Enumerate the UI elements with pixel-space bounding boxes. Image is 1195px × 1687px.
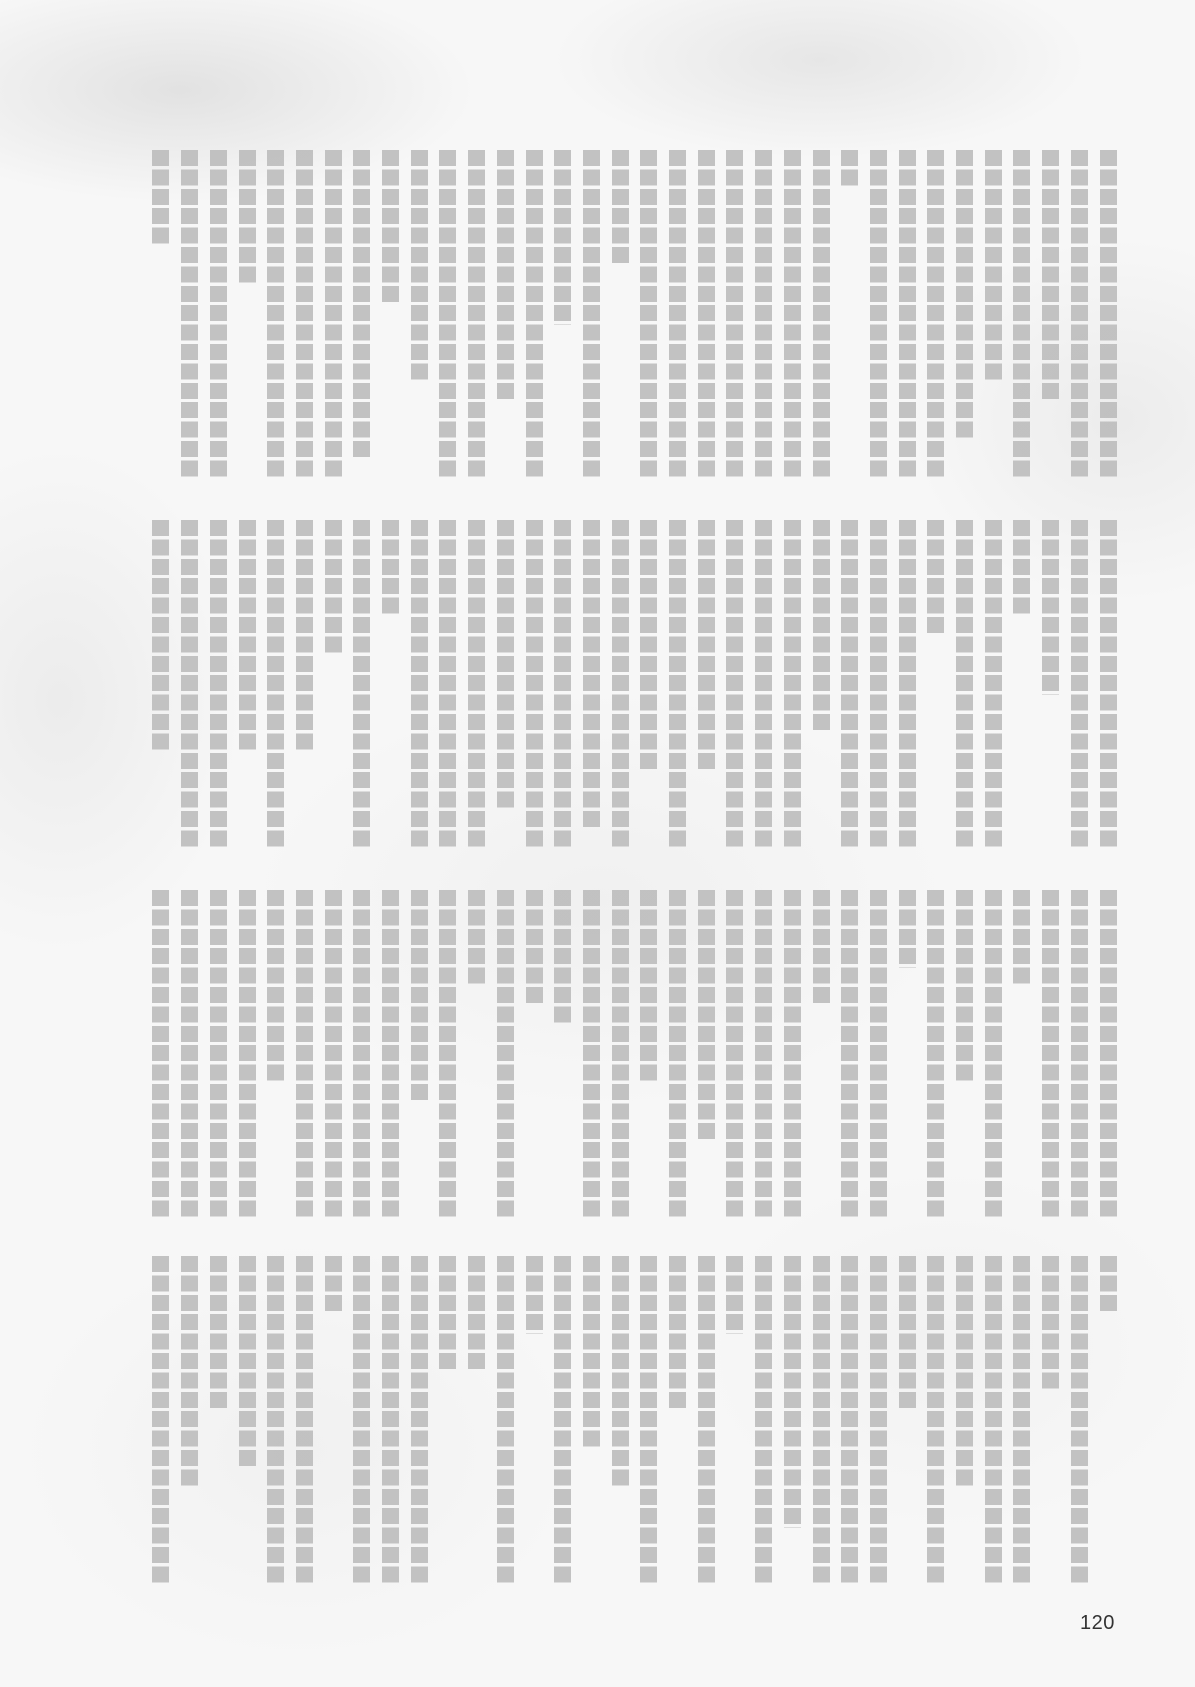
redacted-text-column xyxy=(1071,1256,1088,1586)
redacted-text-column xyxy=(956,150,973,441)
text-tier-4 xyxy=(148,1256,1122,1590)
redacted-text-column xyxy=(181,520,198,850)
redacted-text-column xyxy=(669,1256,686,1411)
redacted-text-column xyxy=(956,520,973,850)
redacted-text-column xyxy=(1042,520,1059,695)
redacted-text-column xyxy=(152,150,169,247)
redacted-text-column xyxy=(210,890,227,1220)
redacted-text-column xyxy=(870,1256,887,1586)
redacted-text-column xyxy=(640,520,657,772)
redacted-text-column xyxy=(267,1256,284,1586)
redacted-text-column xyxy=(497,890,514,1220)
redacted-text-column xyxy=(296,890,313,1220)
redacted-text-column xyxy=(152,890,169,1220)
redacted-text-column xyxy=(985,520,1002,850)
redacted-text-column xyxy=(382,520,399,617)
redacted-text-column xyxy=(1100,890,1117,1220)
redacted-text-column xyxy=(353,150,370,460)
redacted-text-column xyxy=(1042,890,1059,1220)
text-tier-3 xyxy=(148,890,1122,1224)
redacted-text-column xyxy=(1100,520,1117,850)
redacted-text-column xyxy=(899,520,916,850)
redacted-text-column xyxy=(956,890,973,1084)
redacted-text-column xyxy=(468,890,485,987)
redacted-text-column xyxy=(382,150,399,305)
redacted-text-column xyxy=(1100,1256,1117,1314)
redacted-text-column xyxy=(956,1256,973,1489)
redacted-text-column xyxy=(1013,1256,1030,1586)
redacted-text-column xyxy=(554,150,571,325)
redacted-text-column xyxy=(239,520,256,753)
redacted-text-column xyxy=(325,520,342,656)
redacted-text-column xyxy=(1042,150,1059,402)
redacted-text-column xyxy=(784,520,801,850)
redacted-text-column xyxy=(841,1256,858,1586)
redacted-text-column xyxy=(755,150,772,480)
redacted-text-column xyxy=(296,520,313,753)
redacted-text-column xyxy=(439,1256,456,1372)
redacted-text-column xyxy=(698,520,715,772)
redacted-text-column xyxy=(583,520,600,830)
redacted-text-column xyxy=(927,150,944,480)
redacted-text-column xyxy=(784,1256,801,1528)
redacted-text-column xyxy=(841,520,858,850)
redacted-text-column xyxy=(698,1256,715,1586)
redacted-text-column xyxy=(784,150,801,480)
redacted-text-column xyxy=(411,1256,428,1586)
redacted-text-column xyxy=(612,890,629,1220)
redacted-text-column xyxy=(669,520,686,850)
redacted-text-column xyxy=(526,520,543,850)
redacted-text-column xyxy=(497,1256,514,1586)
redacted-text-column xyxy=(181,150,198,480)
redacted-text-column xyxy=(1100,150,1117,480)
redacted-text-column xyxy=(325,1256,342,1314)
redacted-text-column xyxy=(382,1256,399,1586)
redacted-text-column xyxy=(239,150,256,286)
redacted-text-column xyxy=(181,890,198,1220)
redacted-text-column xyxy=(239,890,256,1220)
redacted-text-column xyxy=(640,890,657,1084)
redacted-text-column xyxy=(239,1256,256,1469)
redacted-text-column xyxy=(755,520,772,850)
redacted-text-column xyxy=(813,150,830,480)
redacted-text-column xyxy=(927,1256,944,1586)
redacted-text-column xyxy=(411,890,428,1103)
redacted-text-column xyxy=(554,890,571,1026)
redacted-text-column xyxy=(640,150,657,480)
text-tier-2 xyxy=(148,520,1122,854)
redacted-text-column xyxy=(1013,150,1030,480)
redacted-text-column xyxy=(1013,520,1030,617)
redacted-text-column xyxy=(1071,150,1088,480)
redacted-text-column xyxy=(899,1256,916,1411)
redacted-text-column xyxy=(755,890,772,1220)
redacted-text-column xyxy=(181,1256,198,1489)
redacted-text-column xyxy=(784,890,801,1220)
redacted-text-column xyxy=(210,1256,227,1411)
redacted-text-column xyxy=(296,150,313,480)
redacted-text-column xyxy=(1042,1256,1059,1392)
redacted-text-column xyxy=(870,150,887,480)
redacted-text-column xyxy=(1071,520,1088,850)
redacted-text-column xyxy=(382,890,399,1220)
redacted-text-column xyxy=(726,150,743,480)
redacted-text-column xyxy=(640,1256,657,1586)
redacted-text-column xyxy=(669,890,686,1220)
redacted-text-column xyxy=(468,150,485,480)
redacted-text-column xyxy=(267,520,284,850)
redacted-text-column xyxy=(813,520,830,733)
redacted-text-column xyxy=(554,520,571,850)
redacted-text-column xyxy=(468,520,485,850)
redacted-text-column xyxy=(152,1256,169,1586)
redacted-text-column xyxy=(870,890,887,1220)
redacted-text-column xyxy=(612,150,629,266)
redacted-text-column xyxy=(927,520,944,636)
redacted-text-column xyxy=(526,1256,543,1334)
redacted-text-column xyxy=(985,1256,1002,1586)
redacted-text-column xyxy=(726,1256,743,1334)
redacted-text-column xyxy=(353,1256,370,1586)
redacted-text-column xyxy=(353,520,370,850)
redacted-text-column xyxy=(152,520,169,753)
redacted-text-column xyxy=(325,150,342,480)
redacted-text-column xyxy=(841,150,858,189)
redacted-text-column xyxy=(726,890,743,1220)
redacted-text-column xyxy=(899,890,916,968)
redacted-text-column xyxy=(411,150,428,383)
redacted-text-column xyxy=(841,890,858,1220)
redacted-text-column xyxy=(1071,890,1088,1220)
redacted-text-column xyxy=(497,150,514,402)
redacted-text-column xyxy=(870,520,887,850)
redacted-text-column xyxy=(726,520,743,850)
redacted-text-column xyxy=(813,1256,830,1586)
redacted-text-column xyxy=(985,890,1002,1220)
redacted-text-column xyxy=(583,890,600,1220)
redacted-text-column xyxy=(669,150,686,480)
redacted-text-column xyxy=(267,890,284,1084)
redacted-text-column xyxy=(554,1256,571,1586)
redacted-text-column xyxy=(583,150,600,480)
redacted-text-column xyxy=(755,1256,772,1586)
redacted-text-column xyxy=(411,520,428,850)
redacted-text-column xyxy=(210,520,227,850)
redacted-text-column xyxy=(526,150,543,480)
redacted-text-column xyxy=(267,150,284,480)
redacted-text-column xyxy=(899,150,916,480)
redacted-text-column xyxy=(325,890,342,1220)
redacted-text-column xyxy=(612,520,629,850)
redacted-text-column xyxy=(698,150,715,480)
redacted-text-column xyxy=(985,150,1002,383)
redacted-text-column xyxy=(583,1256,600,1450)
redacted-text-column xyxy=(468,1256,485,1372)
redacted-text-column xyxy=(1013,890,1030,987)
redacted-text-column xyxy=(927,890,944,1220)
redacted-text-column xyxy=(353,890,370,1220)
redacted-text-column xyxy=(439,890,456,1220)
redacted-text-column xyxy=(813,890,830,1006)
redacted-text-column xyxy=(210,150,227,480)
redacted-text-column xyxy=(439,150,456,480)
redacted-text-column xyxy=(612,1256,629,1489)
redacted-text-column xyxy=(526,890,543,1006)
redacted-text-column xyxy=(439,520,456,850)
text-tier-1 xyxy=(148,150,1122,484)
redacted-text-column xyxy=(497,520,514,811)
page-number: 120 xyxy=(1080,1612,1115,1635)
redacted-text-column xyxy=(296,1256,313,1586)
redacted-text-column xyxy=(698,890,715,1142)
